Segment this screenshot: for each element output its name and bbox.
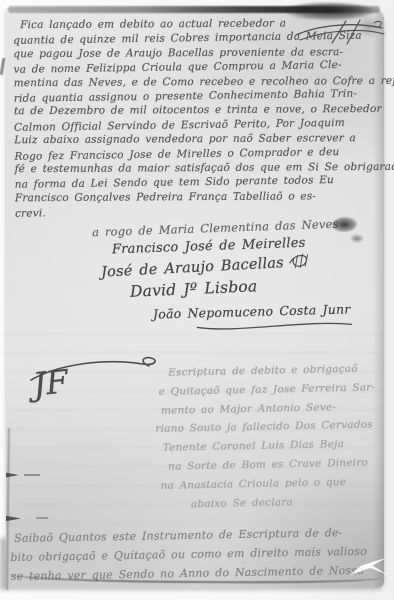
margin-dash-mark <box>36 517 48 519</box>
paraph-letters: JF <box>31 362 70 403</box>
signature-text: David Jº Lisboa <box>130 277 258 301</box>
margin-ink-mark <box>0 58 5 75</box>
ink-blot <box>332 217 357 232</box>
document-scan: Fica lançado em debito ao actual recebed… <box>0 0 394 600</box>
signature-costa-junior: João Nepomuceno Costa Junr <box>153 301 351 321</box>
recebedor-rubric-flourish <box>294 17 386 49</box>
signature-lisboa: David Jº Lisboa <box>130 277 258 301</box>
manuscript-page: Fica lançado em debito ao actual recebed… <box>6 8 384 588</box>
margin-dash-mark <box>24 474 40 476</box>
ink-blot-small <box>350 234 364 243</box>
signature-flourish-icon <box>285 251 320 271</box>
tabelliao-paraph: JF <box>25 350 165 414</box>
entry-deed-heading: Escriptura de debito e obrigaçaõ e Quita… <box>158 359 391 514</box>
